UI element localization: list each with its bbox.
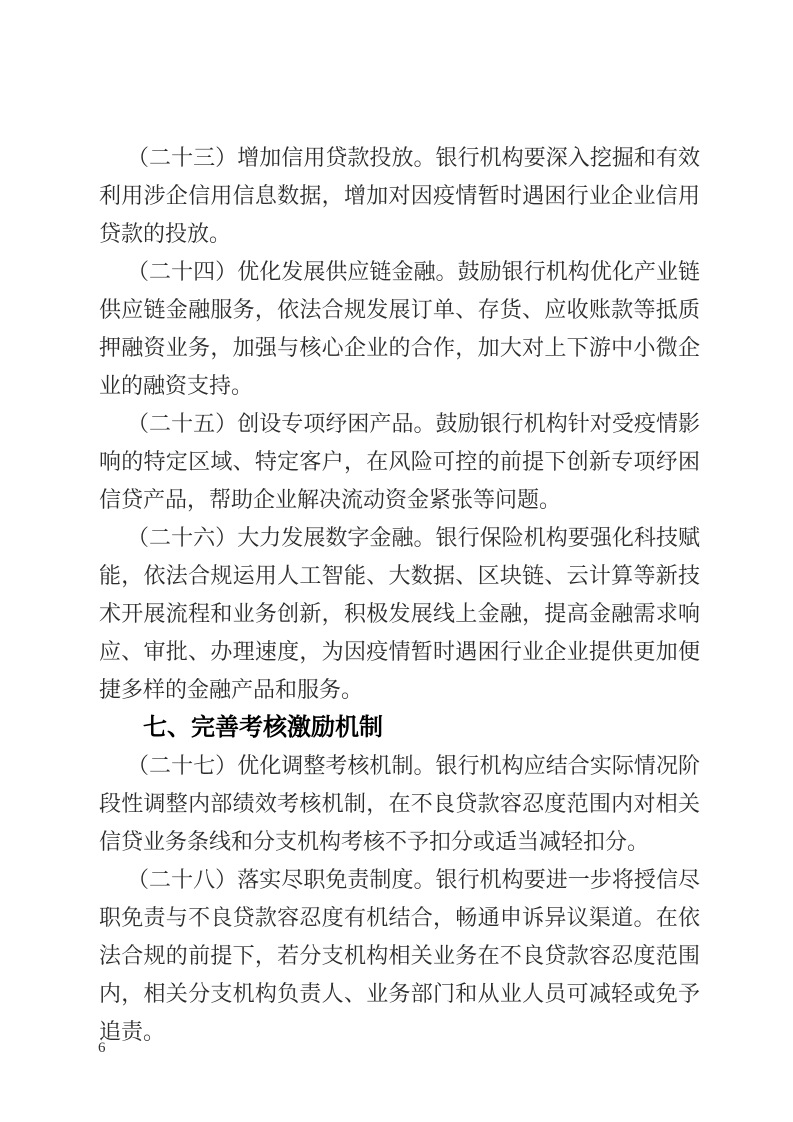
paragraph-clause-27: （二十七）优化调整考核机制。银行机构应结合实际情况阶段性调整内部绩效考核机制，在… <box>99 747 700 861</box>
paragraph-clause-26: （二十六）大力发展数字金融。银行保险机构要强化科技赋能，依法合规运用人工智能、大… <box>99 519 700 709</box>
paragraph-clause-24: （二十四）优化发展供应链金融。鼓励银行机构优化产业链供应链金融服务，依法合规发展… <box>99 253 700 405</box>
paragraph-clause-23: （二十三）增加信用贷款投放。银行机构要深入挖掘和有效利用涉企信用信息数据，增加对… <box>99 139 700 253</box>
document-body: （二十三）增加信用贷款投放。银行机构要深入挖掘和有效利用涉企信用信息数据，增加对… <box>99 139 700 1051</box>
section-heading-7: 七、完善考核激励机制 <box>99 709 700 747</box>
paragraph-clause-28: （二十八）落实尽职免责制度。银行机构要进一步将授信尽职免责与不良贷款容忍度有机结… <box>99 861 700 1051</box>
page-number: 6 <box>98 1038 106 1058</box>
document-page: （二十三）增加信用贷款投放。银行机构要深入挖掘和有效利用涉企信用信息数据，增加对… <box>0 0 793 1122</box>
paragraph-clause-25: （二十五）创设专项纾困产品。鼓励银行机构针对受疫情影响的特定区域、特定客户，在风… <box>99 405 700 519</box>
